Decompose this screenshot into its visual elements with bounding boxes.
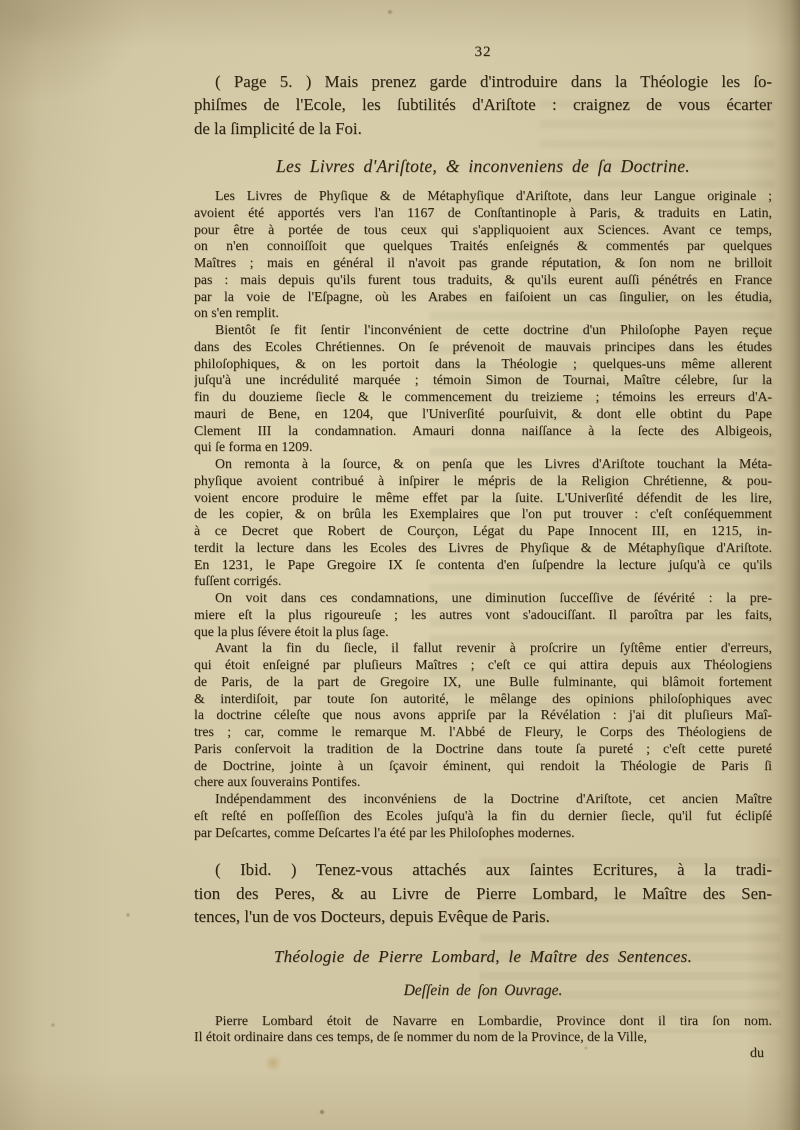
text-line: fuſſent corrigés.: [194, 573, 772, 590]
text-line: qui ſe forma en 1209.: [194, 439, 772, 456]
body-paragraph: Avant la fin du ſiecle, il fallut reveni…: [194, 640, 772, 791]
section-heading: Les Livres d'Ariſtote, & inconveniens de…: [194, 155, 772, 177]
quote-passage: ( Ibid. ) Tenez-vous attachés aux ſainte…: [194, 858, 772, 928]
body-paragraph: Indépendamment des inconvéniens de la Do…: [194, 791, 772, 841]
text-line: ( Ibid. ) Tenez-vous attachés aux ſainte…: [194, 858, 772, 881]
text-block: 32 ( Page 5. ) Mais prenez garde d'intro…: [194, 0, 772, 1063]
text-line: fin du douzieme ſiecle & le commencement…: [194, 389, 772, 406]
text-line: philoſophiques, & on les portoit dans la…: [194, 356, 772, 373]
text-line: Les Livres de Phyſique & de Métaphyſique…: [194, 188, 772, 205]
body-paragraph: Bientôt ſe fit ſentir l'inconvénient de …: [194, 322, 772, 456]
page-number: 32: [194, 44, 772, 61]
text-line: que la plus ſévere étoit la plus ſage.: [194, 624, 772, 641]
text-line: pas : mais depuis qu'ils furent tous tra…: [194, 272, 772, 289]
text-line: eſt reſté en poſſeſſion des Ecoles juſqu…: [194, 808, 772, 825]
text-line: de la ſimplicité de la Foi.: [194, 117, 772, 140]
text-line: On remonta à la ſource, & on penſa que l…: [194, 456, 772, 473]
text-line: par Deſcartes, comme Deſcartes l'a été p…: [194, 825, 772, 842]
text-line: juſqu'à une incrédulité marquée ; témoin…: [194, 372, 772, 389]
text-line: tres ; car, comme le remarque M. l'Abbé …: [194, 724, 772, 741]
text-line: miere eſt la plus rigoureuſe ; les autre…: [194, 607, 772, 624]
subsection-heading: Deſſein de ſon Ouvrage.: [194, 981, 772, 1001]
text-line: Bientôt ſe fit ſentir l'inconvénient de …: [194, 322, 772, 339]
text-line: ( Page 5. ) Mais prenez garde d'introdui…: [194, 70, 772, 93]
catchword: du: [194, 1046, 772, 1063]
text-line: En 1231, le Pape Gregoire IX ſe contenta…: [194, 557, 772, 574]
body-paragraph: Les Livres de Phyſique & de Métaphyſique…: [194, 188, 772, 322]
text-line: & interdiſoit, par toute ſon autorité, l…: [194, 691, 772, 708]
text-line: terdit la lecture dans les Ecoles des Li…: [194, 540, 772, 557]
text-line: voient encore produire le même effet par…: [194, 490, 772, 507]
text-line: Avant la fin du ſiecle, il fallut reveni…: [194, 640, 772, 657]
text-line: Pierre Lombard étoit de Navarre en Lomba…: [194, 1013, 772, 1030]
text-line: Paris conſervoit la tradition de la Doct…: [194, 741, 772, 758]
commentary-block: Les Livres de Phyſique & de Métaphyſique…: [194, 188, 772, 841]
text-line: mauri de Bene, en 1204, que l'Univerſité…: [194, 406, 772, 423]
text-line: tences, l'un de vos Docteurs, depuis Evê…: [194, 905, 772, 928]
text-line: qui étoit enſeigné par pluſieurs Maîtres…: [194, 657, 772, 674]
text-line: de Paris, de la part de Gregoire IX, une…: [194, 674, 772, 691]
text-line: par la voie de l'Eſpagne, où les Arabes …: [194, 289, 772, 306]
text-line: Maîtres ; mais en général il n'avoit pas…: [194, 255, 772, 272]
body-paragraph: On voit dans ces condamnations, une dimi…: [194, 590, 772, 640]
book-page: 32 ( Page 5. ) Mais prenez garde d'intro…: [0, 0, 800, 1130]
text-line: Indépendamment des inconvéniens de la Do…: [194, 791, 772, 808]
text-line: on n'en connoiſſoit que quelques Traités…: [194, 238, 772, 255]
text-line: chere aux ſouverains Pontifes.: [194, 774, 772, 791]
text-line: la doctrine céleſte que nous avons appri…: [194, 707, 772, 724]
text-line: de les copier, & on brûla les Exemplaire…: [194, 506, 772, 523]
text-line: avoient été apportés vers l'an 1167 de C…: [194, 205, 772, 222]
text-line: on s'en remplit.: [194, 305, 772, 322]
quote-passage: ( Page 5. ) Mais prenez garde d'introdui…: [194, 70, 772, 140]
text-line: tion des Peres, & au Livre de Pierre Lom…: [194, 882, 772, 905]
section-heading: Théologie de Pierre Lombard, le Maître d…: [194, 946, 772, 968]
text-line: dans des Ecoles Chrétiennes. On ſe préve…: [194, 339, 772, 356]
text-line: à ce Decret que Robert de Courçon, Légat…: [194, 523, 772, 540]
text-line: Clement III la condamnation. Amauri donn…: [194, 423, 772, 440]
text-line: Il étoit ordinaire dans ces temps, de ſe…: [194, 1029, 772, 1046]
text-line: phyſique avoient contribué à inſpirer le…: [194, 473, 772, 490]
text-line: On voit dans ces condamnations, une dimi…: [194, 590, 772, 607]
text-line: phiſmes de l'Ecole, les ſubtilités d'Ari…: [194, 93, 772, 116]
body-paragraph: On remonta à la ſource, & on penſa que l…: [194, 456, 772, 590]
text-line: de Doctrine, jointe à un ſçavoir éminent…: [194, 758, 772, 775]
body-paragraph: Pierre Lombard étoit de Navarre en Lomba…: [194, 1013, 772, 1047]
text-line: pour être à portée de tous ceux qui s'ap…: [194, 222, 772, 239]
